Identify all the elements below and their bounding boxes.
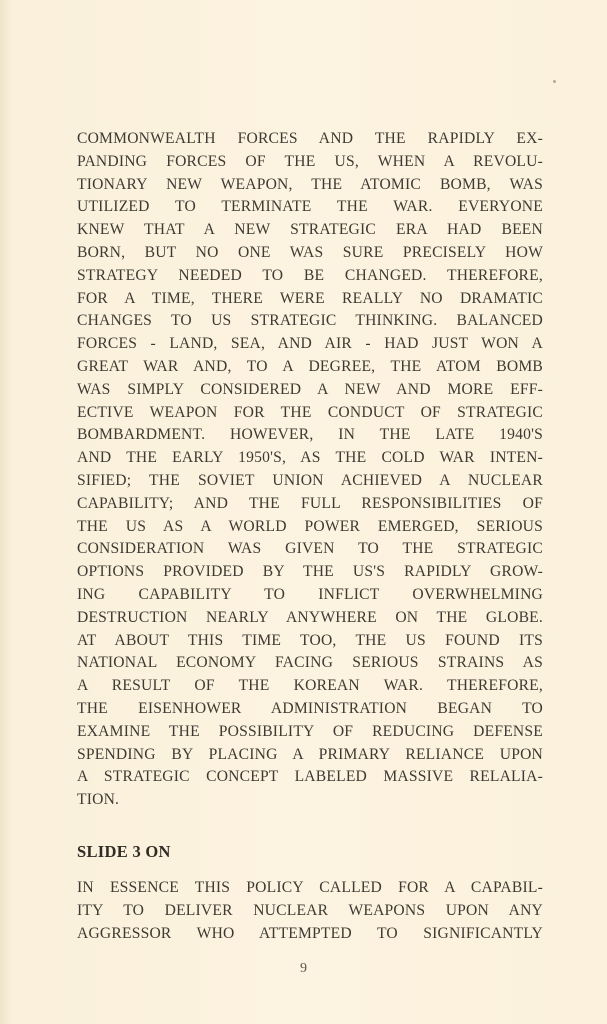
text-line: EXAMINE THE POSSIBILITY OF REDUCING DEFE…: [77, 721, 543, 744]
text-line: BOMBARDMENT. HOWEVER, IN THE LATE 1940'S: [77, 424, 543, 447]
text-line: BORN, BUT NO ONE WAS SURE PRECISELY HOW: [77, 242, 543, 265]
text-line: IN ESSENCE THIS POLICY CALLED FOR A CAPA…: [77, 877, 543, 900]
text-line: A RESULT OF THE KOREAN WAR. THEREFORE,: [77, 675, 543, 698]
text-line: COMMONWEALTH FORCES AND THE RAPIDLY EX-: [77, 128, 543, 151]
text-line: UTILIZED TO TERMINATE THE WAR. EVERYONE: [77, 196, 543, 219]
text-line: ITY TO DELIVER NUCLEAR WEAPONS UPON ANY: [77, 900, 543, 923]
text-line: TION.: [77, 789, 543, 812]
text-line: OPTIONS PROVIDED BY THE US'S RAPIDLY GRO…: [77, 561, 543, 584]
body-paragraph-1: COMMONWEALTH FORCES AND THE RAPIDLY EX- …: [77, 128, 543, 812]
text-line: SPENDING BY PLACING A PRIMARY RELIANCE U…: [77, 744, 543, 767]
text-line: ECTIVE WEAPON FOR THE CONDUCT OF STRATEG…: [77, 402, 543, 425]
paper-speck: [553, 80, 556, 83]
text-line: NATIONAL ECONOMY FACING SERIOUS STRAINS …: [77, 652, 543, 675]
text-line: CAPABILITY; AND THE FULL RESPONSIBILITIE…: [77, 493, 543, 516]
text-line: STRATEGY NEEDED TO BE CHANGED. THEREFORE…: [77, 265, 543, 288]
text-line: AND THE EARLY 1950'S, AS THE COLD WAR IN…: [77, 447, 543, 470]
text-line: CONSIDERATION WAS GIVEN TO THE STRATEGIC: [77, 538, 543, 561]
text-line: AGGRESSOR WHO ATTEMPTED TO SIGNIFICANTLY: [77, 923, 543, 946]
text-line: THE US AS A WORLD POWER EMERGED, SERIOUS: [77, 516, 543, 539]
page-number: 9: [0, 961, 607, 977]
text-line: AT ABOUT THIS TIME TOO, THE US FOUND ITS: [77, 630, 543, 653]
text-line: SIFIED; THE SOVIET UNION ACHIEVED A NUCL…: [77, 470, 543, 493]
text-line: DESTRUCTION NEARLY ANYWHERE ON THE GLOBE…: [77, 607, 543, 630]
text-line: GREAT WAR AND, TO A DEGREE, THE ATOM BOM…: [77, 356, 543, 379]
text-line: TIONARY NEW WEAPON, THE ATOMIC BOMB, WAS: [77, 174, 543, 197]
text-line: A STRATEGIC CONCEPT LABELED MASSIVE RELA…: [77, 766, 543, 789]
document-page: COMMONWEALTH FORCES AND THE RAPIDLY EX- …: [0, 0, 607, 1024]
text-line: FORCES - LAND, SEA, AND AIR - HAD JUST W…: [77, 333, 543, 356]
text-line: PANDING FORCES OF THE US, WHEN A REVOLU-: [77, 151, 543, 174]
text-line: WAS SIMPLY CONSIDERED A NEW AND MORE EFF…: [77, 379, 543, 402]
text-line: ING CAPABILITY TO INFLICT OVERWHELMING: [77, 584, 543, 607]
text-line: KNEW THAT A NEW STRATEGIC ERA HAD BEEN: [77, 219, 543, 242]
text-line: THE EISENHOWER ADMINISTRATION BEGAN TO: [77, 698, 543, 721]
text-line: CHANGES TO US STRATEGIC THINKING. BALANC…: [77, 310, 543, 333]
body-paragraph-2: IN ESSENCE THIS POLICY CALLED FOR A CAPA…: [77, 877, 543, 945]
section-heading: SLIDE 3 ON: [77, 842, 171, 862]
text-line: FOR A TIME, THERE WERE REALLY NO DRAMATI…: [77, 288, 543, 311]
